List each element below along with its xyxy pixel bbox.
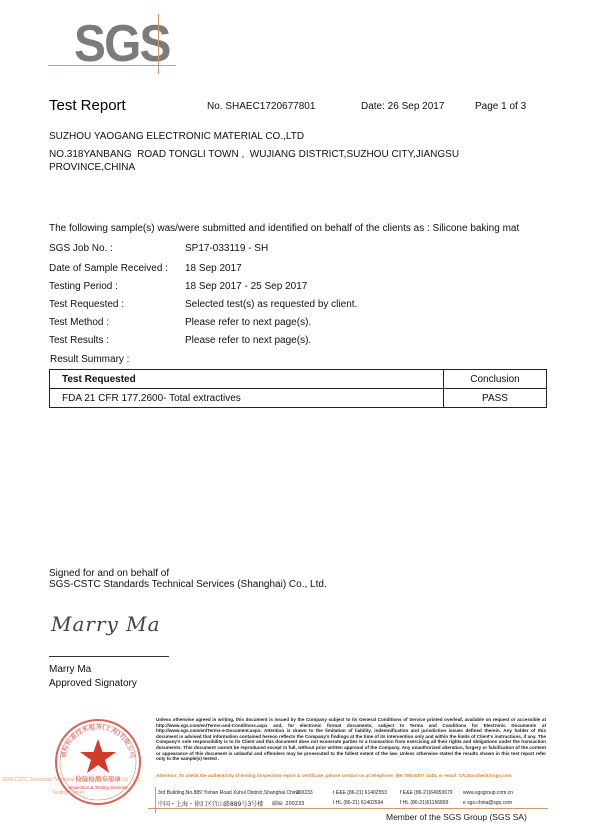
report-date: Date: 26 Sep 2017 [361, 101, 444, 112]
footer-fax-ee: f E&E (86-21)64953679 [400, 790, 453, 796]
table-header-row: Test Requested Conclusion [50, 370, 547, 389]
handwritten-signature: Marry Ma [51, 612, 161, 636]
column-header-conclusion: Conclusion [444, 370, 547, 389]
field-label-testing-period: Testing Period : [49, 280, 118, 293]
client-address-line2: PROVINCE,CHINA [49, 161, 135, 174]
signing-company: SGS-CSTC Standards Technical Services (S… [49, 578, 327, 591]
sample-intro: The following sample(s) was/were submitt… [49, 222, 519, 235]
client-name: SUZHOU YAOGANG ELECTRONIC MATERIAL CO.,L… [49, 130, 304, 143]
footer-address-cn: 中国・上海・徐汇区宜山路889号3号楼 [158, 799, 263, 808]
signatory-role: Approved Signatory [49, 677, 137, 690]
field-value-test-method: Please refer to next page(s). [185, 316, 311, 329]
field-label-test-results: Test Results : [49, 334, 109, 347]
result-summary-caption: Result Summary : [50, 353, 129, 366]
result-summary-table: Test Requested Conclusion FDA 21 CFR 177… [49, 369, 547, 408]
footer-zip-cn: 邮编: 200233 [272, 800, 304, 807]
footer-rule-horizontal [148, 808, 548, 809]
signature-line [49, 656, 169, 657]
footer-tel-ee: t E&E (86-21) 61402553 [333, 790, 387, 796]
field-value-testing-period: 18 Sep 2017 - 25 Sep 2017 [185, 280, 307, 293]
footer-attention: Attention: To check the authenticity of … [156, 773, 546, 779]
footer-rule-vertical [155, 787, 156, 813]
footer-disclaimer: Unless otherwise agreed in writing, this… [156, 717, 546, 762]
field-value-test-results: Please refer to next page(s). [185, 334, 311, 347]
footer-tel-hl: t HL (86-21) 61402594 [333, 800, 383, 806]
page-indicator: Page 1 of 3 [475, 101, 526, 112]
report-number: No. SHAEC1720677801 [207, 101, 315, 112]
logo-rule-horizontal [48, 65, 176, 66]
field-label-test-method: Test Method : [49, 316, 109, 329]
signatory-name: Marry Ma [49, 663, 91, 676]
footer-website[interactable]: www.sgsgroup.com.cn [463, 790, 513, 796]
footer-email[interactable]: e sgs.china@sgs.com [463, 800, 512, 806]
footer-zip-en: 200233 [296, 790, 313, 796]
table-row: FDA 21 CFR 177.2600- Total extractives P… [50, 389, 547, 408]
footer-fax-hl: f HL (86-21)61156899 [400, 800, 448, 806]
stamp-company-text: SGS-CSTC Standards Technical Services (S… [2, 777, 141, 783]
field-value-test-requested: Selected test(s) as requested by client. [185, 298, 357, 311]
client-address-line1: NO.318YANBANG ROAD TONGLI TOWN , WUJIANG… [49, 148, 459, 161]
field-label-test-requested: Test Requested : [49, 298, 124, 311]
column-header-test-requested: Test Requested [50, 370, 444, 389]
logo-text: SGS [74, 16, 170, 72]
star-icon [80, 739, 116, 773]
sgs-member-statement: Member of the SGS Group (SGS SA) [386, 812, 527, 822]
field-label-date-received: Date of Sample Received : [49, 262, 168, 275]
sgs-logo: SGS [48, 14, 176, 76]
cell-conclusion: PASS [444, 389, 547, 408]
page-title: Test Report [49, 97, 126, 114]
cell-test-requested: FDA 21 CFR 177.2600- Total extractives [50, 389, 444, 408]
logo-rule-vertical [158, 14, 159, 74]
field-value-date-received: 18 Sep 2017 [185, 262, 242, 275]
field-label-job-no: SGS Job No. : [49, 242, 113, 255]
footer-address-en: 3rd Building,No.889 Yishan Road Xuhui Di… [158, 790, 299, 796]
field-value-job-no: SP17-033119 - SH [185, 242, 268, 255]
stamp-testing-center: Testing Center [52, 790, 84, 796]
